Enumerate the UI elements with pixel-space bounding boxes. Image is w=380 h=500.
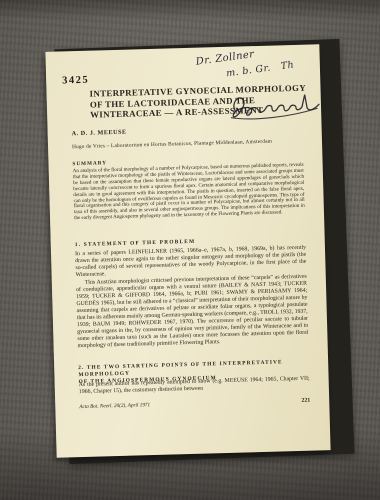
author-name: A. D. J. MEEUSE [72, 129, 127, 138]
summary-heading: SUMMARY [72, 160, 107, 167]
photo-backdrop: Dr. Zollner m. b. Gr. Th 3425 INTERPRETA… [0, 0, 380, 500]
journal-citation: Acta Bot. Neerl. 20(2), April 1971 [79, 402, 150, 410]
author-affiliation: Hugo de Vries – Laboratorium en Hortus B… [72, 139, 272, 151]
section1-paragraph-2: This Austrian morphologist criticised pr… [76, 274, 309, 350]
paper-page: Dr. Zollner m. b. Gr. Th 3425 INTERPRETA… [45, 44, 330, 457]
page-number: 221 [301, 398, 310, 404]
section1-heading: 1. STATEMENT OF THE PROBLEM [75, 239, 196, 248]
page-footer: Acta Bot. Neerl. 20(2), April 1971 221 [79, 398, 310, 410]
signature-ink [229, 88, 322, 121]
accession-number: 3425 [62, 75, 89, 87]
summary-paragraph: An analysis of the floral morphology of … [73, 163, 305, 223]
